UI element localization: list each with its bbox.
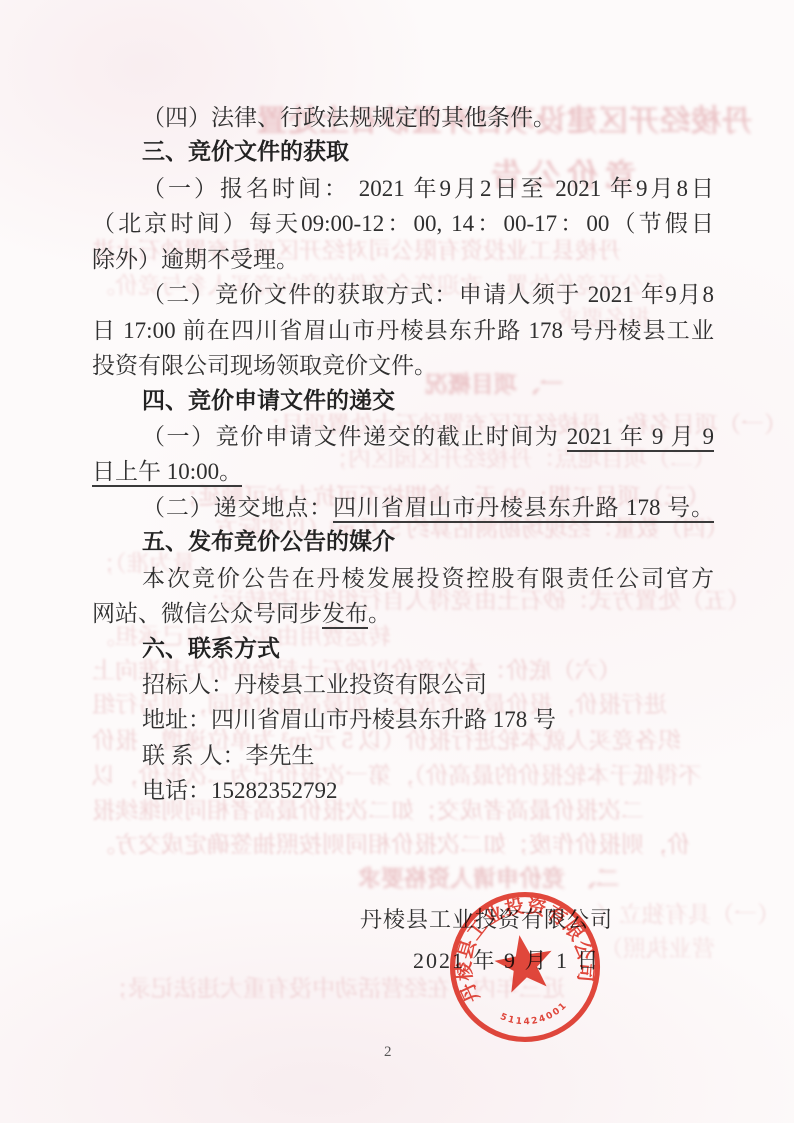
submission-deadline-line2: 日上午 10:00。: [92, 454, 714, 489]
document-pickup-line3: 投资有限公司现场领取竞价文件。: [92, 348, 714, 383]
registration-time-line2: （北京时间）每天09:00-12：00, 14：00-17：00（节假日: [92, 206, 714, 241]
address-underlined: 四川省眉山市丹棱县东升路 178 号。: [333, 495, 714, 523]
document-pickup-line2: 日 17:00 前在四川省眉山市丹棱县东升路 178 号丹棱县工业: [92, 313, 714, 348]
deadline-date-underlined: 2021 年 9 月 9: [567, 424, 714, 452]
official-seal: 丹棱县工业投资有限公司 5114240018683: [431, 871, 619, 1063]
ghost-line: 价，则报价作废；如二次报价相同则按照抽签确定成交方。: [92, 826, 690, 859]
section-heading-5-media: 五、发布竞价公告的媒介: [92, 525, 714, 560]
contact-person-line: 联 系 人：李先生: [92, 738, 714, 773]
tenderer-line: 招标人：丹棱县工业投资有限公司: [92, 667, 714, 702]
publish-underlined: 发布: [322, 601, 368, 629]
registration-time-line1: （一）报名时间： 2021 年9月2日至 2021 年9月8日: [92, 171, 714, 206]
announcement-media-line1: 本次竞价公告在丹棱发展投资控股有限责任公司官方: [92, 561, 714, 596]
clause-other-conditions: （四）法律、行政法规规定的其他条件。: [92, 100, 714, 135]
seal-star-icon: [491, 930, 558, 994]
document-pickup-line1: （二）竞价文件的获取方式：申请人须于 2021 年9月8: [92, 277, 714, 312]
media-text: 网站、微信公众号同步: [92, 601, 322, 626]
submission-deadline-line1: （一）竞价申请文件递交的截止时间为 2021 年 9 月 9: [92, 419, 714, 454]
deadline-text: （一）竞价申请文件递交的截止时间为: [142, 424, 567, 449]
address-label: （二）递交地点：: [142, 495, 333, 520]
document-body: （四）法律、行政法规规定的其他条件。 三、竞价文件的获取 （一）报名时间： 20…: [92, 100, 714, 809]
address-line: 地址：四川省眉山市丹棱县东升路 178 号: [92, 702, 714, 737]
ghost-line: 营业执照）: [600, 930, 715, 963]
deadline-time-underlined: 日上午 10:00。: [92, 459, 242, 487]
scanned-document-page: 丹棱经开区建设项目弃置砂石土处置 竞价公告 丹棱县工业投资有限公司对经开区项目弃…: [0, 0, 794, 1123]
media-period: 。: [368, 601, 391, 626]
section-heading-4-submission: 四、竞价申请文件的递交: [92, 384, 714, 419]
submission-address-line: （二）递交地点：四川省眉山市丹棱县东升路 178 号。: [92, 490, 714, 525]
section-heading-3-obtaining-documents: 三、竞价文件的获取: [92, 135, 714, 170]
announcement-media-line2: 网站、微信公众号同步发布。: [92, 596, 714, 631]
registration-time-line3: 除外）逾期不受理。: [92, 242, 714, 277]
page-number: 2: [384, 1044, 392, 1061]
ghost-line: （一）具有独立（: [596, 896, 780, 929]
section-heading-6-contact: 六、联系方式: [92, 632, 714, 667]
phone-line: 电话：15282352792: [92, 773, 714, 808]
